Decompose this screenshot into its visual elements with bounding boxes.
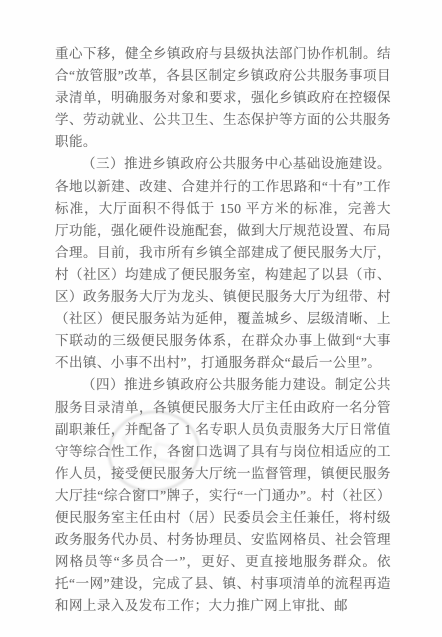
paragraph-section-4: （四）推进乡镇政府公共服务能力建设。制定公共服务目录清单，各镇便民服务大厅主任由… [55, 374, 391, 617]
paragraph-continued: 重心下移，健全乡镇政府与县级执法部门协作机制。结合“放管服”改革，各县区制定乡镇… [55, 43, 391, 153]
document-page: 重心下移，健全乡镇政府与县级执法部门协作机制。结合“放管服”改革，各县区制定乡镇… [0, 0, 442, 637]
document-body: 重心下移，健全乡镇政府与县级执法部门协作机制。结合“放管服”改革，各县区制定乡镇… [55, 43, 391, 617]
paragraph-section-3: （三）推进乡镇政府公共服务中心基础设施建设。各地以新建、改建、合建并行的工作思路… [55, 153, 391, 374]
